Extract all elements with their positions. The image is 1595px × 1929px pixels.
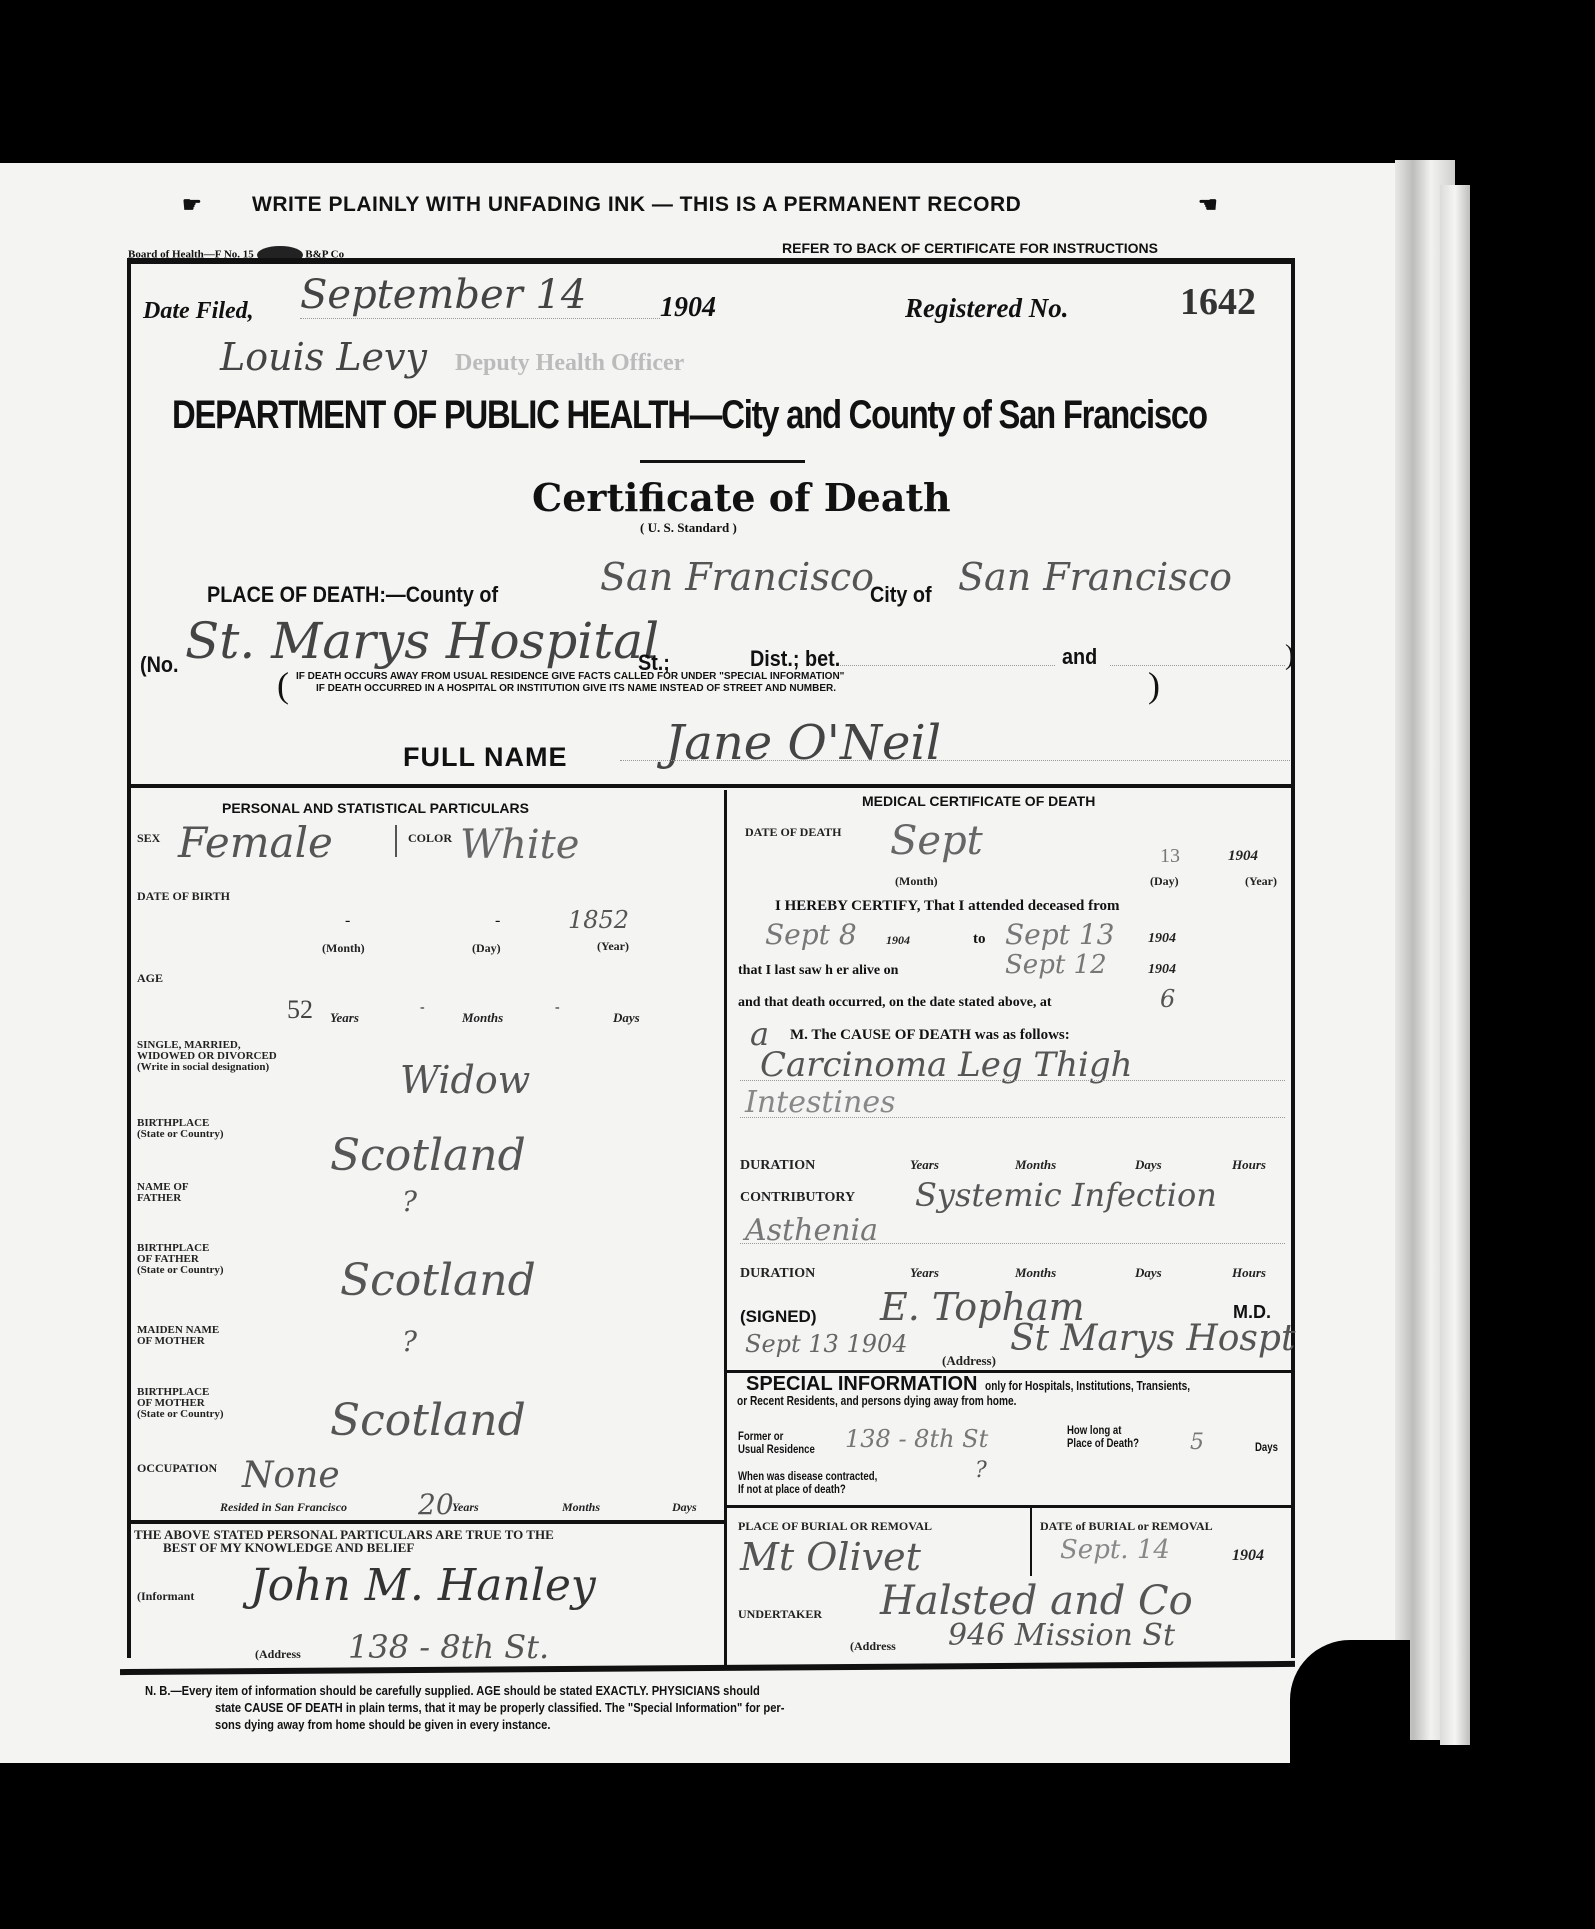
residence-value: 138 - 8th St <box>845 1425 988 1453</box>
sex-value: Female <box>178 818 333 867</box>
age-months-label: Months <box>462 1010 503 1026</box>
occupation-label: OCCUPATION <box>137 1462 217 1474</box>
contracted-label-line2: If not at place of death? <box>738 1483 877 1496</box>
attended-from: Sept 8 <box>765 918 857 951</box>
date-filed-line <box>300 318 660 319</box>
cause-text: M. The CAUSE OF DEATH was as follows: <box>790 1027 1070 1044</box>
burial-column-divider <box>1030 1508 1032 1576</box>
pointing-hand-icon-left: ☛ <box>182 192 202 218</box>
burial-date-year: 1904 <box>1232 1547 1264 1565</box>
duration2-days-label: Days <box>1135 1265 1162 1281</box>
full-name-label: FULL NAME <box>403 742 568 773</box>
father-birthplace-value: Scotland <box>340 1255 536 1306</box>
dob-month-label: (Month) <box>322 942 365 954</box>
informant-address: 138 - 8th St. <box>348 1628 549 1666</box>
duration1-months-label: Months <box>1015 1157 1056 1173</box>
age-days: - <box>555 1000 560 1016</box>
color-value: White <box>460 822 579 868</box>
column-divider <box>724 790 727 1668</box>
personal-heading: PERSONAL AND STATISTICAL PARTICULARS <box>222 800 529 816</box>
officer-title: Deputy Health Officer <box>455 350 684 377</box>
sex-color-divider <box>395 825 397 857</box>
to-label: to <box>973 931 986 948</box>
footnote-line1: N. B.—Every item of information should b… <box>145 1682 760 1699</box>
county-value: San Francisco <box>600 555 874 599</box>
informant-statement-line2: BEST OF MY KNOWLEDGE AND BELIEF <box>163 1541 414 1554</box>
date-of-death-year: 1904 <box>1228 848 1258 865</box>
dob-month: - <box>345 912 350 930</box>
cause-line2-rule <box>740 1117 1285 1118</box>
birthplace-label-line2: (State or Country) <box>137 1129 224 1140</box>
resided-label: Resided in San Francisco <box>220 1500 347 1515</box>
burial-place-label: PLACE OF BURIAL OR REMOVAL <box>738 1520 932 1532</box>
district-label: Dist.; bet. <box>750 646 840 672</box>
dod-day-label: (Day) <box>1150 875 1179 887</box>
father-value: ? <box>402 1185 417 1218</box>
marital-label-line3: (Write in social designation) <box>137 1062 277 1073</box>
cause-line2: Intestines <box>745 1085 896 1120</box>
book-binding-edge <box>1440 185 1470 1745</box>
date-filed-value: September 14 <box>300 272 586 318</box>
sex-label: SEX <box>137 832 160 844</box>
place-of-death-label: PLACE OF DEATH:—County of <box>207 582 498 608</box>
age-years-label: Years <box>330 1010 359 1026</box>
undertaker-label: UNDERTAKER <box>738 1608 822 1620</box>
street-no-label: (No. <box>140 652 178 678</box>
dob-year-label: (Year) <box>597 940 629 952</box>
duration1-years-label: Years <box>910 1157 939 1173</box>
color-label: COLOR <box>408 832 452 844</box>
district-line <box>840 665 1055 666</box>
age-label: AGE <box>137 972 163 984</box>
dob-day: - <box>495 912 500 930</box>
us-standard-note: ( U. S. Standard ) <box>640 520 737 536</box>
date-of-death-day: 13 <box>1160 845 1180 868</box>
officer-signature: Louis Levy <box>220 335 427 379</box>
close-paren: ) <box>1285 640 1294 672</box>
full-name-line <box>620 760 1290 761</box>
informant-address-label: (Address <box>255 1648 301 1660</box>
date-of-death-month: Sept <box>890 818 983 864</box>
residence-label-line2: Usual Residence <box>738 1443 815 1456</box>
burial-place-value: Mt Olivet <box>740 1535 921 1579</box>
marital-value: Widow <box>400 1058 530 1102</box>
signed-date: Sept 13 1904 <box>745 1330 908 1358</box>
duration1-days-label: Days <box>1135 1157 1162 1173</box>
footnote-line2: state CAUSE OF DEATH in plain terms, tha… <box>215 1699 785 1716</box>
how-long-value: 5 <box>1190 1430 1204 1455</box>
title-divider <box>640 460 805 463</box>
special-note-line1: only for Hospitals, Institutions, Transi… <box>985 1378 1190 1393</box>
registered-number: 1642 <box>1180 280 1256 324</box>
father-bp-line3: (State or Country) <box>137 1265 224 1276</box>
medical-heading: MEDICAL CERTIFICATE OF DEATH <box>862 793 1095 809</box>
duration-label-2: DURATION <box>740 1268 815 1280</box>
occupation-value: None <box>242 1455 340 1496</box>
mother-value: ? <box>402 1325 417 1358</box>
resided-months-label: Months <box>562 1500 600 1515</box>
attended-from-year: 1904 <box>886 933 910 948</box>
duration-label-1: DURATION <box>740 1160 815 1172</box>
contracted-label: When was disease contracted,If not at pl… <box>738 1470 877 1496</box>
contributory-label: CONTRIBUTORY <box>740 1192 855 1204</box>
mother-birthplace-label: BIRTHPLACEOF MOTHER(State or Country) <box>137 1387 224 1420</box>
permanent-record-banner: WRITE PLAINLY WITH UNFADING INK — THIS I… <box>252 193 1021 217</box>
mother-label: MAIDEN NAMEOF MOTHER <box>137 1325 219 1347</box>
section-divider <box>127 784 1295 788</box>
resided-years-label: Years <box>452 1500 479 1515</box>
last-saw-year: 1904 <box>1148 962 1176 978</box>
age-days-label: Days <box>613 1010 640 1026</box>
marital-label: SINGLE, MARRIED,WIDOWED OR DIVORCED(Writ… <box>137 1040 277 1073</box>
how-long-days-label: Days <box>1255 1440 1278 1454</box>
informant-name: John M. Hanley <box>250 1560 596 1611</box>
age-years: 52 <box>287 995 313 1025</box>
informant-divider <box>130 1520 726 1524</box>
attended-to-year: 1904 <box>1148 931 1176 947</box>
note-open-paren: ( <box>277 667 289 703</box>
attended-to: Sept 13 <box>1005 918 1114 951</box>
mother-bp-line3: (State or Country) <box>137 1409 224 1420</box>
date-filed-year: 1904 <box>660 292 716 324</box>
cause-line1-rule <box>740 1080 1285 1081</box>
frame-right-rule <box>1291 258 1295 1658</box>
resided-years: 20 <box>418 1488 454 1521</box>
instructions-note: REFER TO BACK OF CERTIFICATE FOR INSTRUC… <box>782 240 1158 256</box>
dob-year: 1852 <box>568 906 629 934</box>
undertaker-address-label: (Address <box>850 1640 896 1652</box>
street-no-value: St. Marys Hospital <box>185 612 659 670</box>
page-corner-shadow <box>1290 1640 1410 1790</box>
signed-label: (SIGNED) <box>740 1307 817 1327</box>
duration2-years-label: Years <box>910 1265 939 1281</box>
contributory-line2-rule <box>740 1243 1285 1244</box>
duration2-hours-label: Hours <box>1232 1265 1266 1281</box>
date-of-death-label: DATE OF DEATH <box>745 826 841 838</box>
cause-line1: Carcinoma Leg Thigh <box>760 1045 1133 1085</box>
how-long-label-line2: Place of Death? <box>1067 1437 1139 1450</box>
physician-address-label: (Address) <box>942 1355 996 1367</box>
dod-month-label: (Month) <box>895 875 938 887</box>
date-filed-label: Date Filed, <box>143 298 254 325</box>
informant-label: (Informant <box>137 1590 194 1602</box>
burial-date-label: DATE of BURIAL or REMOVAL <box>1040 1520 1213 1532</box>
mother-label-line2: OF MOTHER <box>137 1336 219 1347</box>
mother-birthplace-value: Scotland <box>330 1395 526 1446</box>
occurred-text: and that death occurred, on the date sta… <box>738 995 1052 1011</box>
dod-year-label: (Year) <box>1245 875 1277 887</box>
contracted-value: ? <box>975 1458 987 1483</box>
burial-date-value: Sept. 14 <box>1060 1535 1170 1565</box>
physician-address: St Marys Hospt <box>1010 1318 1295 1359</box>
age-months: - <box>420 1000 425 1016</box>
special-note-line2: or Recent Residents, and persons dying a… <box>737 1393 1016 1408</box>
father-birthplace-label: BIRTHPLACEOF FATHER(State or Country) <box>137 1243 224 1276</box>
how-long-label: How long atPlace of Death? <box>1067 1424 1139 1450</box>
birthplace-value: Scotland <box>330 1130 526 1181</box>
duration1-hours-label: Hours <box>1232 1157 1266 1173</box>
last-saw-date: Sept 12 <box>1005 950 1107 980</box>
frame-top-rule <box>127 258 1295 264</box>
last-saw-text: that I last saw h er alive on <box>738 963 898 979</box>
father-label: NAME OFFATHER <box>137 1182 189 1204</box>
undertaker-address: 946 Mission St <box>948 1618 1175 1653</box>
city-value: San Francisco <box>958 555 1232 599</box>
father-label-line2: FATHER <box>137 1193 189 1204</box>
place-note-line2: IF DEATH OCCURRED IN A HOSPITAL OR INSTI… <box>316 683 836 695</box>
footnote-line3: sons dying away from home should be give… <box>215 1716 550 1733</box>
contributory-line1: Systemic Infection <box>915 1176 1217 1214</box>
burial-divider <box>727 1505 1293 1508</box>
residence-label: Former orUsual Residence <box>738 1430 815 1456</box>
place-note-line1: IF DEATH OCCURS AWAY FROM USUAL RESIDENC… <box>296 671 844 683</box>
and-line <box>1110 665 1285 666</box>
dob-day-label: (Day) <box>472 942 501 954</box>
frame-left-rule <box>127 258 131 1658</box>
registered-label: Registered No. <box>905 293 1068 324</box>
duration2-months-label: Months <box>1015 1265 1056 1281</box>
time-of-death: 6 <box>1160 985 1175 1013</box>
department-title: DEPARTMENT OF PUBLIC HEALTH—City and Cou… <box>172 393 1207 438</box>
dob-label: DATE OF BIRTH <box>137 890 230 902</box>
certificate-title: Certificate of Death <box>532 475 951 520</box>
certify-text: I HEREBY CERTIFY, That I attended deceas… <box>775 898 1120 915</box>
birthplace-label: BIRTHPLACE(State or Country) <box>137 1118 224 1140</box>
pointing-hand-icon-right: ☚ <box>1198 192 1218 218</box>
and-label: and <box>1062 644 1097 670</box>
city-label: City of <box>870 582 932 608</box>
full-name-value: Jane O'Neil <box>665 715 941 771</box>
resided-days-label: Days <box>672 1500 697 1515</box>
note-close-paren: ) <box>1148 667 1160 703</box>
